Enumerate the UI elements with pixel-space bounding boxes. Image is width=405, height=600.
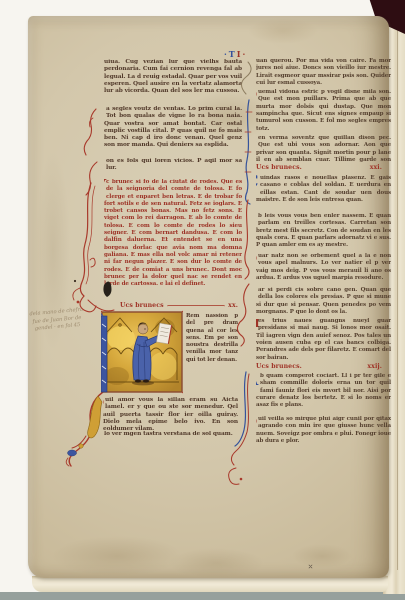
pen-flourish: [235, 372, 246, 446]
blue-leaf-terminal: [68, 450, 77, 456]
manuscript-photo: ·TI· 12 uiua. Cug vezian lur que vielhs …: [0, 0, 405, 600]
initial-bar: [101, 316, 107, 392]
ink-dot: [74, 280, 76, 282]
pen-flourish: [231, 374, 249, 465]
pen-flourish: [237, 284, 249, 346]
marginal-mark: [90, 258, 95, 267]
pen-flourish: [245, 200, 249, 279]
pen-flourish: [80, 183, 91, 296]
ink-speck: [309, 565, 312, 568]
paraph-squiggle: [242, 62, 252, 94]
pen-flourish: [86, 162, 97, 195]
pen-flourish-overlay: [0, 0, 405, 600]
paragraph-mark: [103, 282, 111, 298]
historiated-miniature: [101, 310, 183, 394]
head: [138, 324, 148, 334]
pen-flourish: [84, 109, 96, 155]
